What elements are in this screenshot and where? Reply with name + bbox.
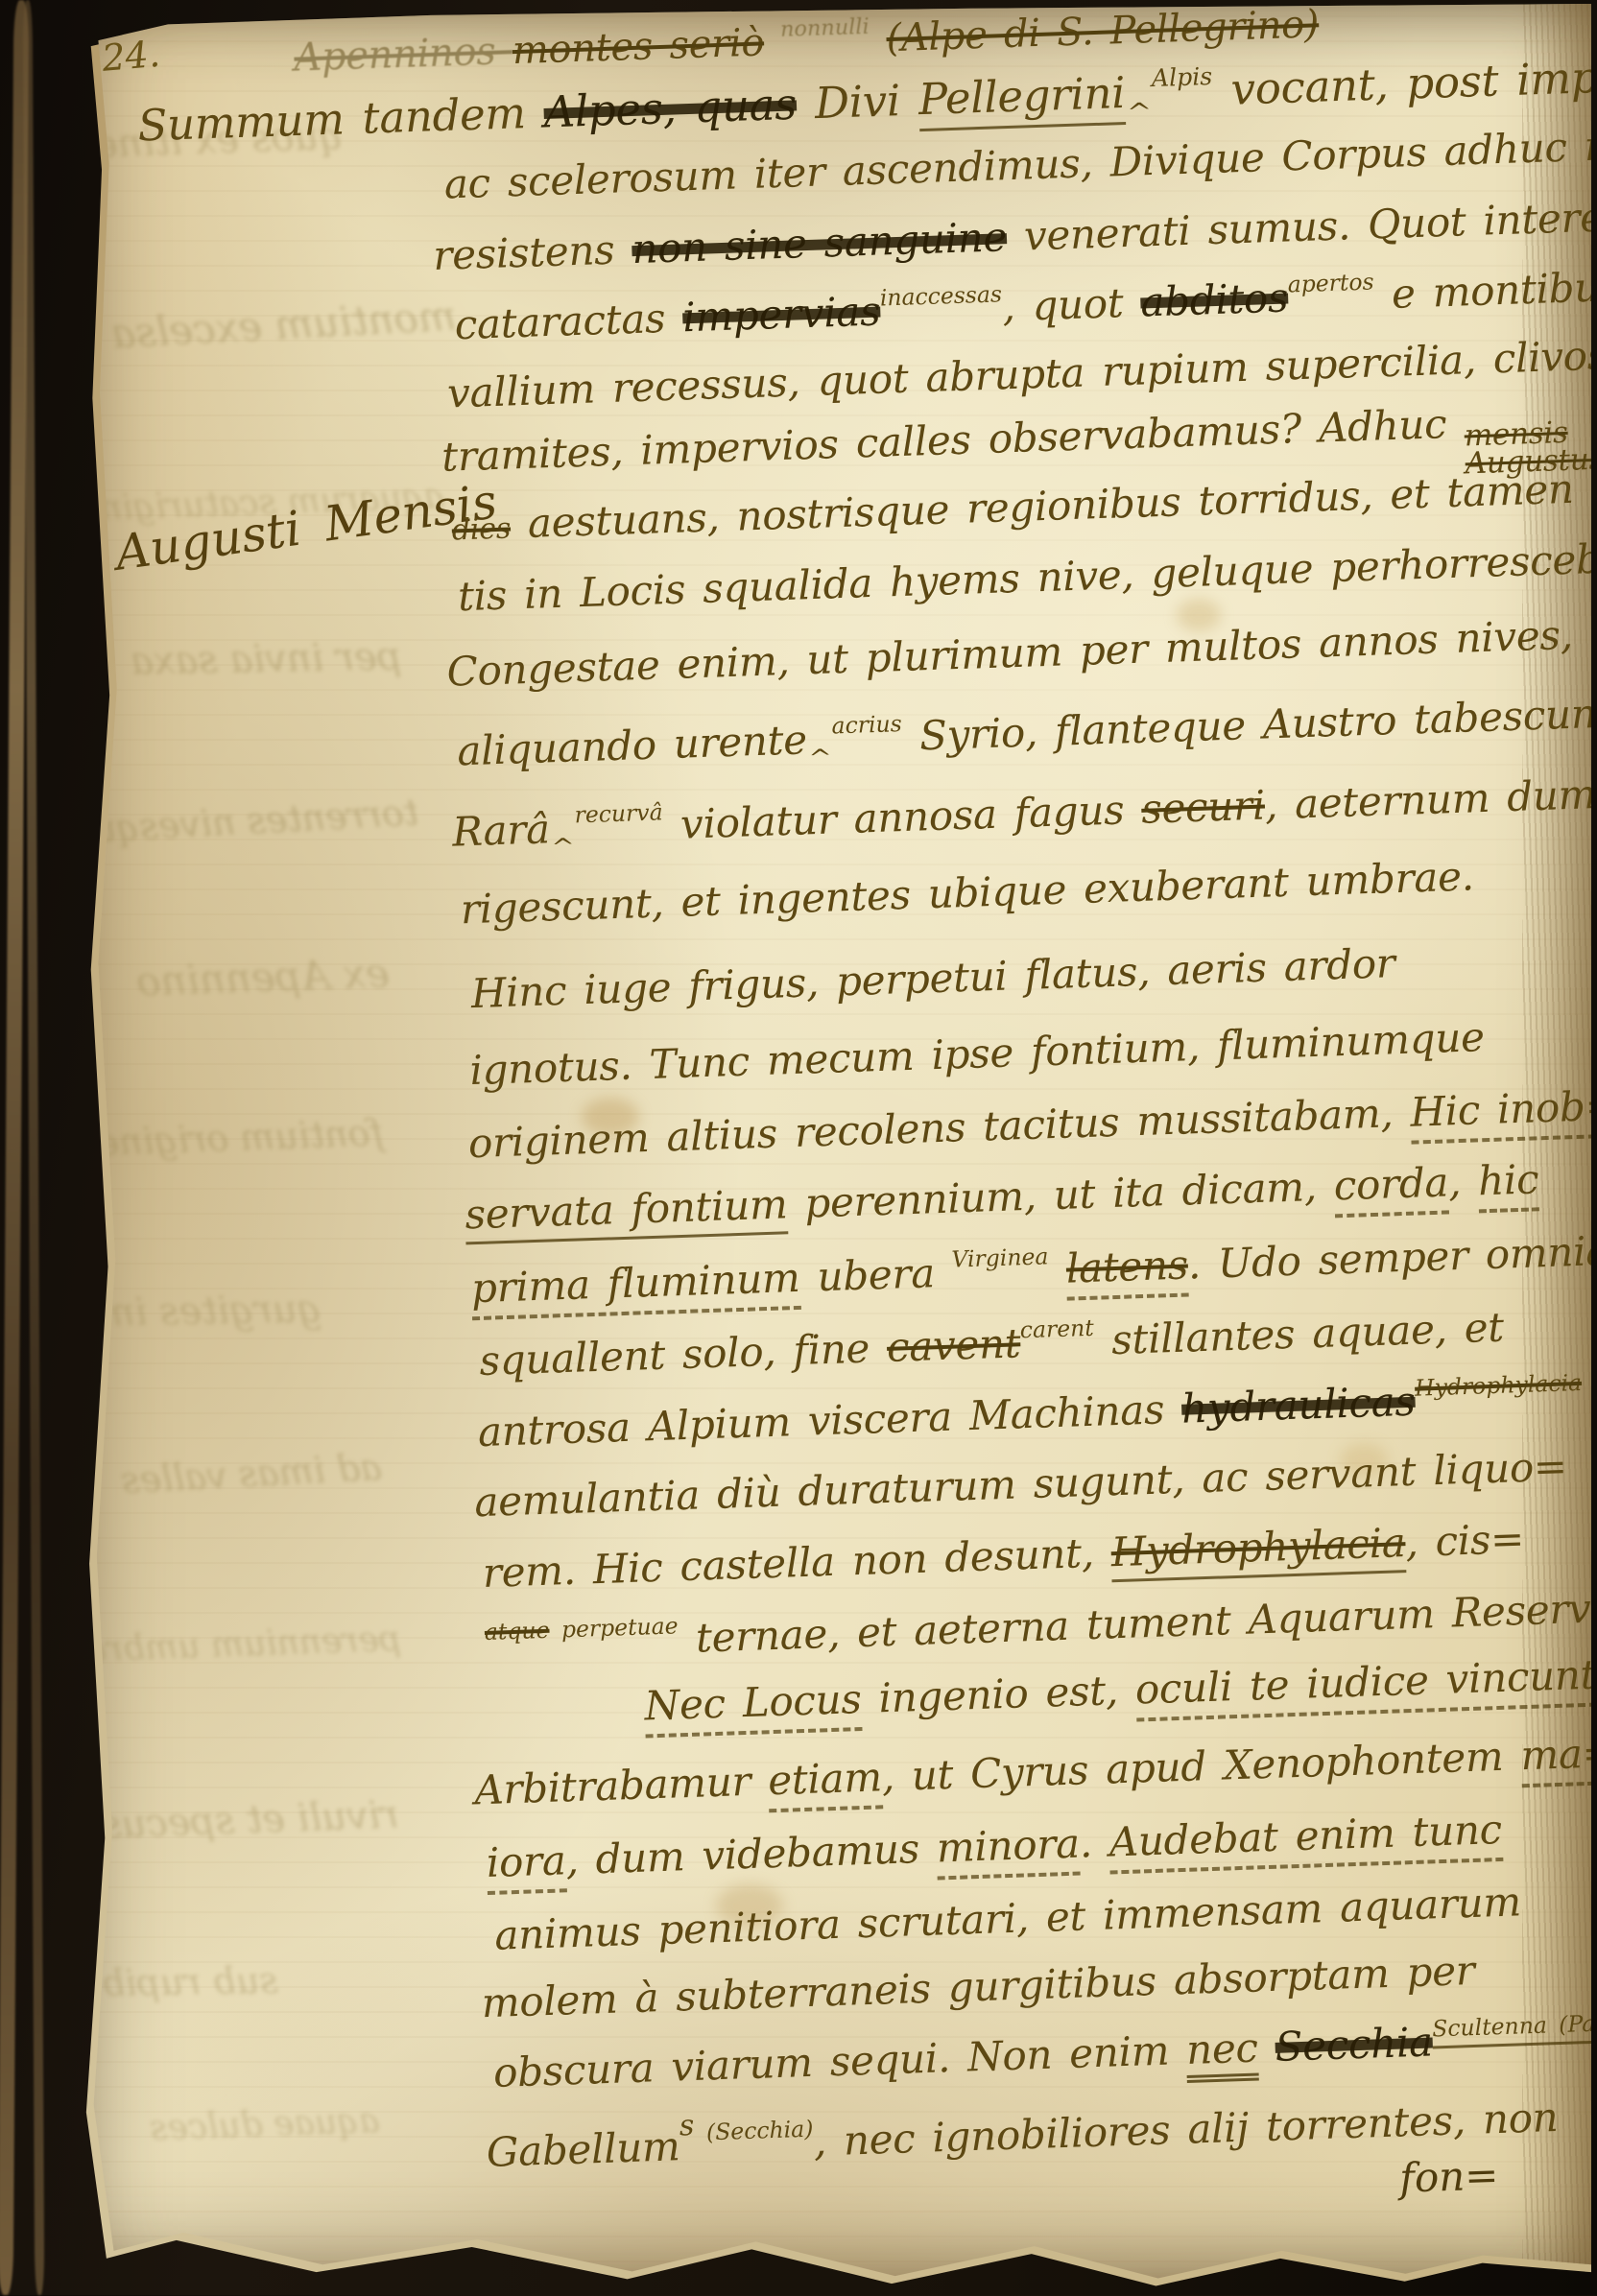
strikethrough-text: securi — [1140, 782, 1265, 833]
text-segment: stillantes aquae, et — [1093, 1304, 1504, 1364]
strikethrough-text: Secchia — [1275, 2018, 1434, 2070]
text-segment: perennium, ut ita dicam, — [787, 1162, 1335, 1227]
manuscript-line: rigescunt, et ingentes ubique exuberant … — [460, 852, 1474, 933]
strikethrough-text: Hydrophylacia — [1110, 1519, 1407, 1582]
manuscript-line: servata fontium perennium, ut ita dicam,… — [465, 1155, 1539, 1238]
manuscript-line: aemulantia diù duraturum sugunt, ac serv… — [474, 1443, 1568, 1527]
text-segment: Arbitrabamur — [474, 1757, 770, 1813]
text-segment: , dum videbamus — [565, 1824, 938, 1883]
text-segment: Syrio, flanteque Austro tabescunt. — [901, 689, 1597, 760]
text-segment: ^ — [551, 834, 575, 861]
manuscript-line: animus penitiora scrutari, et immensam a… — [494, 1878, 1522, 1958]
text-segment: , aeternum dumeta — [1264, 769, 1597, 829]
text-segment: . — [1079, 1819, 1110, 1867]
text-segment: ternae, et aeterna tument Aquarum Reserv… — [695, 1580, 1597, 1661]
strikethrough-text: non sine sanguine — [632, 213, 1008, 272]
superscript-insertion: Scultenna (Panaro) — [1432, 2008, 1597, 2049]
text-segment: animus penitiora scrutari, et immensam a… — [494, 1878, 1522, 1958]
superscript-insertion: Hydrophylacia — [1415, 1369, 1583, 1402]
text-segment: molem à subterraneis gurgitibus absorpta… — [481, 1947, 1475, 2026]
text-segment: oculi te iudice vincunt — [1134, 1651, 1597, 1722]
manuscript-line: Arbitrabamur etiam, ut Cyrus apud Xenoph… — [474, 1729, 1597, 1813]
text-segment: obscura viarum sequi. Non enim — [492, 2026, 1187, 2096]
manuscript-line: Hinc iuge frigus, perpetui flatus, aeris… — [470, 939, 1395, 1017]
superscript-insertion: carent — [1019, 1314, 1094, 1344]
superscript-insertion: s — [679, 2109, 695, 2142]
text-segment: , cis= — [1405, 1515, 1525, 1566]
superscript-insertion: perpetuae — [549, 1612, 679, 1643]
manuscript-photo: quos ex itineremontium excelsaaquarum sc… — [0, 0, 1597, 2295]
text-segment: aemulantia diù duraturum sugunt, ac serv… — [474, 1443, 1568, 1527]
text-segment: . Udo semper omnia — [1187, 1227, 1597, 1289]
manuscript-line: ignotus. Tunc mecum ipse fontium, flumin… — [469, 1013, 1486, 1094]
text-segment — [763, 20, 781, 65]
text-segment: squallent solo, fine — [479, 1324, 888, 1385]
book-gutter-page-edge — [23, 0, 45, 2295]
text-segment: Gabellum — [486, 2122, 680, 2176]
strikethrough-text: abditos — [1140, 273, 1289, 325]
text-segment: cataractas — [454, 294, 683, 348]
text-segment: rigescunt, et ingentes ubique exuberant … — [460, 852, 1474, 933]
strikethrough-text: (Alpe di S. Pellegrino) — [886, 2, 1320, 60]
strikethrough-text: latens — [1065, 1241, 1189, 1300]
text-segment: , ut Cyrus apud Xenophontem — [881, 1732, 1521, 1800]
text-segment: venerati sumus. Quot interea — [1006, 193, 1597, 260]
manuscript-line: rem. Hic castella non desunt, Hydrophyla… — [482, 1515, 1525, 1597]
manuscript-line: Rarâ^recurvâ violatur annosa fagus secur… — [451, 766, 1597, 856]
text-segment: iora — [486, 1836, 567, 1895]
text-segment — [1048, 1245, 1067, 1293]
strikethrough-text: montes seriò — [512, 20, 765, 73]
text-segment: Audebat enim tunc — [1108, 1806, 1503, 1875]
manuscript-line: Nec Locus ingenio est, oculi te iudice v… — [644, 1650, 1597, 1729]
manuscript-line: Congestae enim, ut plurimum per multos a… — [446, 608, 1597, 695]
text-segment: violatur annosa fagus — [662, 786, 1142, 849]
text-segment: ignotus. Tunc mecum ipse fontium, flumin… — [469, 1013, 1486, 1094]
text-segment: nec — [1185, 2024, 1258, 2082]
manuscript-line: tis in Locis squalida hyems nive, geluqu… — [457, 533, 1597, 620]
text-segment: ma= — [1520, 1729, 1597, 1787]
manuscript-line: molem à subterraneis gurgitibus absorpta… — [481, 1947, 1475, 2026]
strikethrough-text: Apenninos — [294, 29, 513, 81]
text-segment: aliquando urente — [457, 716, 808, 774]
superscript-insertion: (Secchia) — [694, 2116, 814, 2146]
text-segment: Pellegrini — [918, 67, 1126, 131]
superscript-insertion: inaccessas — [879, 280, 1002, 311]
manuscript-line: atque perpetuae ternae, et aeterna tumen… — [484, 1577, 1597, 1669]
text-segment: Divi — [796, 75, 919, 130]
text-segment: , quot — [1002, 279, 1142, 331]
manuscript-line: originem altius recolens tacitus mussita… — [467, 1082, 1597, 1168]
text-segment: resistens — [433, 225, 633, 279]
text-segment: etiam — [767, 1753, 882, 1812]
text-segment: servata fontium — [465, 1180, 789, 1244]
strikethrough-text: hydraulicas — [1180, 1378, 1416, 1432]
text-segment: ^ — [1126, 99, 1152, 128]
text-segment: Rarâ — [451, 805, 550, 855]
text-segment: vocant, post improbos labores, — [1212, 41, 1597, 115]
text-segment: Hinc iuge frigus, perpetui flatus, aeris… — [470, 939, 1395, 1017]
manuscript-page: quos ex itineremontium excelsaaquarum sc… — [44, 4, 1591, 2287]
page-number: 24. — [100, 33, 161, 80]
text-segment — [869, 16, 887, 61]
text-segment: e montibus ipsis — [1373, 259, 1597, 318]
text-segment — [678, 1615, 697, 1663]
text-block: 24. Augusti Mensis fon= Apenninos montes… — [5, 0, 1597, 2295]
text-segment: ubera — [799, 1249, 953, 1301]
superscript-insertion: Alpis — [1151, 62, 1212, 92]
text-segment: ingenio est, — [861, 1667, 1136, 1722]
strikethrough-text: cavent — [886, 1319, 1021, 1371]
text-segment: antrosa Alpium viscera Machinas — [477, 1385, 1182, 1456]
superscript-insertion: Virginea — [951, 1243, 1049, 1272]
text-segment: Hic inob= — [1410, 1082, 1597, 1145]
text-segment: Nec Locus — [644, 1675, 863, 1738]
text-segment: Summum tandem — [137, 86, 545, 151]
text-segment: ^ — [808, 745, 832, 771]
strikethrough-text: impervias — [681, 288, 881, 342]
text-segment: prima fluminum — [470, 1254, 800, 1320]
text-segment: rem. Hic castella non desunt, — [482, 1528, 1111, 1597]
catchword: fon= — [1398, 2151, 1499, 2201]
superscript-insertion: apertos — [1287, 268, 1374, 297]
text-segment: corda — [1333, 1158, 1449, 1218]
text-segment: tis in Locis squalida hyems nive, geluqu… — [457, 533, 1597, 620]
strikethrough-text: dies — [451, 511, 511, 547]
superscript-insertion: atque — [484, 1617, 549, 1645]
text-segment: hic — [1477, 1155, 1539, 1213]
manuscript-line: Gabellums (Secchia), nec ignobiliores al… — [486, 2080, 1559, 2176]
manuscript-line: antrosa Alpium viscera Machinas hydrauli… — [477, 1369, 1583, 1456]
manuscript-line: aliquando urente^acrius Syrio, flanteque… — [457, 686, 1597, 774]
superscript-insertion: acrius — [831, 710, 902, 739]
text-segment: originem altius recolens tacitus mussita… — [467, 1089, 1411, 1168]
text-segment — [1257, 2024, 1276, 2071]
text-segment: minora — [936, 1820, 1081, 1881]
strikethrough-text: Alpes, quas — [543, 79, 798, 138]
superscript-insertion: recurvâ — [574, 798, 663, 828]
text-segment: Congestae enim, ut plurimum per multos a… — [446, 608, 1597, 695]
text-segment: , — [1447, 1157, 1479, 1205]
superscript-insertion: nonnulli — [780, 14, 870, 42]
manuscript-line: iora, dum videbamus minora. Audebat enim… — [486, 1806, 1503, 1886]
